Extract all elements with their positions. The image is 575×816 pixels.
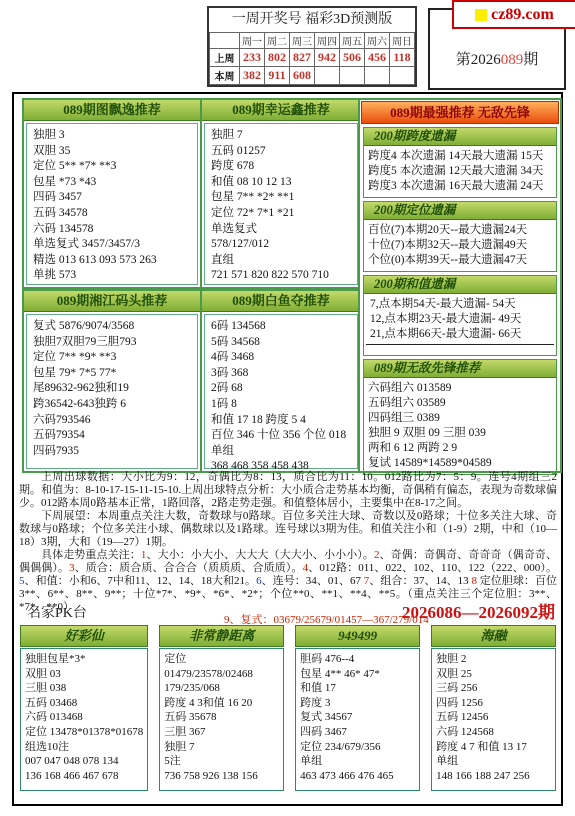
box-line: 包星 *73 *43	[33, 175, 191, 191]
box-line: 五码 03468	[25, 696, 143, 711]
box-line: 独胆 7	[164, 740, 279, 755]
day-header-cell: 周日	[390, 33, 415, 49]
wudi-section-body: 7,点本期54天-最大遗漏- 54天12,点本期23天-最大遗漏- 49天21,…	[366, 294, 554, 345]
draw-number-cell	[365, 67, 390, 85]
pk-column-body: 定位01479/23578/02468179/235/068跨度 4 3和值 1…	[159, 648, 284, 791]
wudi-title: 089期最强推荐 无敌先锋	[361, 101, 559, 124]
box-title: 089期幸运鑫推荐	[202, 100, 360, 121]
analysis-segment: 、组合：37、14、13	[369, 575, 471, 587]
draw-number-cell: 456	[365, 49, 390, 67]
box-line: 包星 79* 7*5 77*	[33, 366, 191, 382]
box-line: 三胆 038	[25, 681, 143, 696]
box-line: 五码组六 03589	[368, 396, 552, 411]
day-header-cell: 周六	[365, 33, 390, 49]
box-line: 单组	[300, 754, 415, 769]
box-line: 单组	[436, 754, 551, 769]
box-line: 五码 35678	[164, 710, 279, 725]
box-line: 四码 3467	[300, 725, 415, 740]
box-line: 和值 17 18 跨度 5 4	[211, 413, 351, 429]
box-line: 12,点本期23天-最大遗漏- 49天	[370, 312, 550, 327]
box-title: 089期图飘逸推荐	[24, 100, 200, 121]
box-line: 01479/23578/02468	[164, 667, 279, 682]
pk-column: 好彩仙独胆包星*3*双胆 03三胆 038五码 03468六码 013468定位…	[19, 624, 149, 792]
box-line: 独胆 9 双胆 09 三胆 039	[368, 426, 552, 441]
wudi-section: 200期定位遗漏百位(7)本期20天--最大遗漏24天十位(7)本期32天--最…	[363, 201, 557, 272]
box-line: 179/235/068	[164, 681, 279, 696]
box-line: 三码 256	[436, 681, 551, 696]
box-line: 个位(0)本期39天--最大遗漏47天	[368, 253, 552, 268]
box-body: 复式 5876/9074/3568独胆7双胆79三胆793定位 7** *9* …	[26, 314, 198, 469]
box-line: 6码 134568	[211, 319, 351, 335]
box-line: 百位(7)本期20天--最大遗漏24天	[368, 223, 552, 238]
box-line: 尾89632-962独和19	[33, 381, 191, 397]
box-line: 单组	[211, 444, 351, 460]
box-line: 四码组三 0389	[368, 411, 552, 426]
box-line: 定位	[164, 652, 279, 667]
site-logo[interactable]: cz89.com	[452, 0, 575, 29]
day-header-cell: 周二	[265, 33, 290, 49]
draw-number-cell	[390, 67, 415, 85]
day-header-cell: 周五	[340, 33, 365, 49]
box-line: 独胆 2	[436, 652, 551, 667]
pk-header: 名家PK台 2026086—2026092期	[19, 598, 557, 622]
box-xiangjiang: 089期湘江码头推荐复式 5876/9074/3568独胆7双胆79三胆793定…	[22, 289, 202, 473]
wudi-section-title: 200期和值遗漏	[364, 276, 556, 294]
wudi-section-title: 200期跨度遗漏	[364, 128, 556, 146]
box-line: 1码 8	[211, 397, 351, 413]
box-body: 6码 1345685码 345684码 34683码 3682码 681码 8和…	[204, 314, 358, 469]
box-line: 148 166 188 247 256	[436, 769, 551, 784]
box-line: 四码7935	[33, 444, 191, 460]
box-line: 5码 34568	[211, 335, 351, 351]
box-line: 5注	[164, 754, 279, 769]
box-body: 独胆 3双胆 35定位 5** *7* **3包星 *73 *43四码 3457…	[26, 123, 198, 285]
box-line: 单选复式 3457/3457/3	[33, 237, 191, 253]
day-header-cell: 周一	[240, 33, 265, 49]
box-line: 两和 6 12 两跨 2 9	[368, 441, 552, 456]
analysis-segment: 、质合：质合质、合合合（质质质、合质质）。	[75, 562, 303, 574]
pk-columns: 好彩仙独胆包星*3*双胆 03三胆 038五码 03468六码 013468定位…	[19, 624, 557, 792]
draw-number-cell: 942	[315, 49, 340, 67]
box-line: 736 758 926 138 156	[164, 769, 279, 784]
draw-number-cell: 911	[265, 67, 290, 85]
box-line: 六码 134578	[33, 222, 191, 238]
pk-column-title: 海融	[431, 625, 556, 647]
box-line: 五码 01257	[211, 144, 351, 160]
box-wudi: 089期最强推荐 无敌先锋200期跨度遗漏跨度4 本次遗漏 14天最大遗漏 15…	[358, 98, 562, 473]
draw-number-cell	[315, 67, 340, 85]
box-line: 五码79354	[33, 428, 191, 444]
week-results-table: 一周开奖号 福彩3D预测版 周一周二周三周四周五周六周日上周2338028279…	[207, 6, 417, 87]
logo-square-icon	[475, 9, 487, 21]
wudi-section: 200期和值遗漏7,点本期54天-最大遗漏- 54天12,点本期23天-最大遗漏…	[363, 275, 557, 356]
main-panel: 089期图飘逸推荐独胆 3双胆 35定位 5** *7* **3包星 *73 *…	[12, 92, 563, 806]
box-title: 089期白鱼夺推荐	[202, 291, 360, 312]
box-line: 复式 5876/9074/3568	[33, 319, 191, 335]
draw-number-cell: 118	[390, 49, 415, 67]
box-line: 定位 72* 7*1 *21	[211, 206, 351, 222]
box-line: 独胆7双胆79三胆793	[33, 335, 191, 351]
analysis-segment: 下周展望：本周重点关注大数，奇数球与0路球。百位多关注大球、奇数以及0路球；十位…	[19, 510, 557, 548]
box-line: 独胆包星*3*	[25, 652, 143, 667]
day-header-cell: 周四	[315, 33, 340, 49]
draw-number-cell	[340, 67, 365, 85]
box-line: 十位(7)本期32天--最大遗漏49天	[368, 238, 552, 253]
box-line: 3码 368	[211, 366, 351, 382]
logo-text: cz89.com	[491, 6, 554, 24]
draw-number-cell: 233	[240, 49, 265, 67]
box-line: 跨度 678	[211, 159, 351, 175]
pk-column-title: 好彩仙	[20, 625, 148, 647]
box-line: 复式 34567	[300, 710, 415, 725]
draw-number-cell: 802	[265, 49, 290, 67]
box-line: 百位 346 十位 356 个位 018	[211, 428, 351, 444]
box-line: 五码 12456	[436, 710, 551, 725]
box-body: 独胆 7五码 01257跨度 678和值 08 10 12 13包星 7** *…	[204, 123, 358, 285]
box-line: 直组	[211, 253, 351, 269]
pk-column: 非常静距离定位01479/23578/02468179/235/068跨度 4 …	[158, 624, 285, 792]
analysis-segment: 、012路：011、022、102、110、122（222、000）。	[308, 562, 557, 574]
box-line: 和值 08 10 12 13	[211, 175, 351, 191]
box-line: 双胆 03	[25, 667, 143, 682]
analysis-segment: 具体走势重点关注：	[41, 549, 141, 561]
box-line: 463 473 466 476 465	[300, 769, 415, 784]
box-line: 四码 3457	[33, 190, 191, 206]
box-line: 定位 13478*01378*01678	[25, 725, 143, 740]
week-table-title: 一周开奖号 福彩3D预测版	[209, 8, 415, 32]
box-line: 组选10注	[25, 740, 143, 755]
week-row: 本周382911608	[210, 67, 415, 85]
box-line: 胆码 476--4	[300, 652, 415, 667]
box-line: 跨度5 本次遗漏 12天最大遗漏 34天	[368, 164, 552, 179]
box-line: 2码 68	[211, 381, 351, 397]
analysis-segment: 上周出球数据：大小比为9：12，奇偶比为8：13，质合比为11：10。012路比…	[19, 471, 557, 509]
pk-column-title: 949499	[295, 625, 420, 647]
box-line: 定位 7** *9* **3	[33, 350, 191, 366]
box-line: 六码 124568	[436, 725, 551, 740]
analysis-segment: 、大小：小大小、大大大（大大小、小小小）。	[146, 549, 374, 561]
draw-number-cell: 506	[340, 49, 365, 67]
box-line: 包星 7** *2* **1	[211, 190, 351, 206]
pk-column-body: 独胆包星*3*双胆 03三胆 038五码 03468六码 013468定位 13…	[20, 648, 148, 791]
box-line: 复试 14589*14589*04589	[368, 456, 552, 471]
pk-title: 名家PK台	[27, 602, 87, 622]
box-line: 跨度3 本次遗漏 16天最大遗漏 24天	[368, 179, 552, 194]
box-line: 三胆 367	[164, 725, 279, 740]
analysis-segment: 、连号：34、01、67	[262, 575, 364, 587]
pk-column: 海融独胆 2双胆 25三码 256四码 1256五码 12456六码 12456…	[430, 624, 557, 792]
week-row: 上周233802827942506456118	[210, 49, 415, 67]
box-line: 定位 5** *7* **3	[33, 159, 191, 175]
box-line: 六码组六 013589	[368, 381, 552, 396]
box-line: 双胆 35	[33, 144, 191, 160]
wudi-section-title: 200期定位遗漏	[364, 202, 556, 220]
box-line: 精选 013 613 093 573 263	[33, 253, 191, 269]
row-label-cell: 上周	[210, 49, 240, 67]
corner-cell	[210, 33, 240, 49]
period-prefix: 第2026	[456, 52, 501, 68]
box-line: 四码 1256	[436, 696, 551, 711]
box-line: 双胆 25	[436, 667, 551, 682]
analysis-paragraph: 下周展望：本周重点关注大数，奇数球与0路球。百位多关注大球、奇数以及0路球；十位…	[19, 510, 557, 549]
box-line: 六码 013468	[25, 710, 143, 725]
period-suffix: 期	[523, 52, 538, 68]
box-line: 定位 234/679/356	[300, 740, 415, 755]
wudi-section-body: 六码组六 013589五码组六 03589四码组三 0389独胆 9 双胆 09…	[364, 378, 556, 474]
row-label-cell: 本周	[210, 67, 240, 85]
box-line: 136 168 466 467 678	[25, 769, 143, 784]
box-line: 包星 4** 46* 47*	[300, 667, 415, 682]
week-table-grid: 周一周二周三周四周五周六周日上周233802827942506456118本周3…	[209, 32, 415, 85]
box-line: 007 047 048 078 134	[25, 754, 143, 769]
box-line: 578/127/012	[211, 237, 351, 253]
wudi-section-body: 百位(7)本期20天--最大遗漏24天十位(7)本期32天--最大遗漏49天个位…	[364, 220, 556, 271]
wudi-section: 200期跨度遗漏跨度4 本次遗漏 14天最大遗漏 15天跨度5 本次遗漏 12天…	[363, 127, 557, 198]
box-line: 4码 3468	[211, 350, 351, 366]
box-line: 单挑 573	[33, 268, 191, 284]
box-title: 089期湘江码头推荐	[24, 291, 200, 312]
box-line: 六码793546	[33, 413, 191, 429]
pk-column-body: 独胆 2双胆 25三码 256四码 1256五码 12456六码 124568跨…	[431, 648, 556, 791]
draw-number-cell: 608	[290, 67, 315, 85]
analysis-segment: 、和值：小和6、7中和11、12、14、18大和21。	[25, 575, 257, 587]
pk-column-title: 非常静距离	[159, 625, 284, 647]
box-piaoyi: 089期图飘逸推荐独胆 3双胆 35定位 5** *7* **3包星 *73 *…	[22, 98, 202, 289]
box-line: 跨度 4 3和值 16 20	[164, 696, 279, 711]
box-line: 跨度4 本次遗漏 14天最大遗漏 15天	[368, 149, 552, 164]
box-line: 独胆 7	[211, 128, 351, 144]
box-line: 跨度 4 7 和值 13 17	[436, 740, 551, 755]
wudi-section-body: 跨度4 本次遗漏 14天最大遗漏 15天跨度5 本次遗漏 12天最大遗漏 34天…	[364, 146, 556, 197]
box-xingyunxin: 089期幸运鑫推荐独胆 7五码 01257跨度 678和值 08 10 12 1…	[200, 98, 362, 289]
wudi-section: 089期无敌先锋推荐六码组六 013589五码组六 03589四码组三 0389…	[363, 359, 557, 475]
period-highlight: 089	[501, 52, 524, 68]
box-line: 五码 34578	[33, 206, 191, 222]
box-line: 和值 17	[300, 681, 415, 696]
box-line: 跨度 3	[300, 696, 415, 711]
box-line: 7,点本期54天-最大遗漏- 54天	[370, 297, 550, 312]
box-line: 21,点本期66天-最大遗漏- 66天	[370, 327, 550, 342]
box-line: 单选复式	[211, 222, 351, 238]
pk-period-range: 2026086—2026092期	[402, 598, 555, 623]
box-line: 721 571 820 822 570 710	[211, 268, 351, 284]
draw-number-cell: 827	[290, 49, 315, 67]
pk-column-body: 胆码 476--4包星 4** 46* 47*和值 17跨度 3复式 34567…	[295, 648, 420, 791]
draw-number-cell: 382	[240, 67, 265, 85]
box-line: 跨36542-643独跨 6	[33, 397, 191, 413]
day-header-cell: 周三	[290, 33, 315, 49]
period-number: 第2026089期	[430, 48, 564, 69]
pk-column: 949499胆码 476--4包星 4** 46* 47*和值 17跨度 3复式…	[294, 624, 421, 792]
wudi-section-title: 089期无敌先锋推荐	[364, 360, 556, 378]
box-line: 独胆 3	[33, 128, 191, 144]
box-baiyu: 089期白鱼夺推荐6码 1345685码 345684码 34683码 3682…	[200, 289, 362, 473]
analysis-paragraph: 上周出球数据：大小比为9：12，奇偶比为8：13，质合比为11：10。012路比…	[19, 471, 557, 510]
